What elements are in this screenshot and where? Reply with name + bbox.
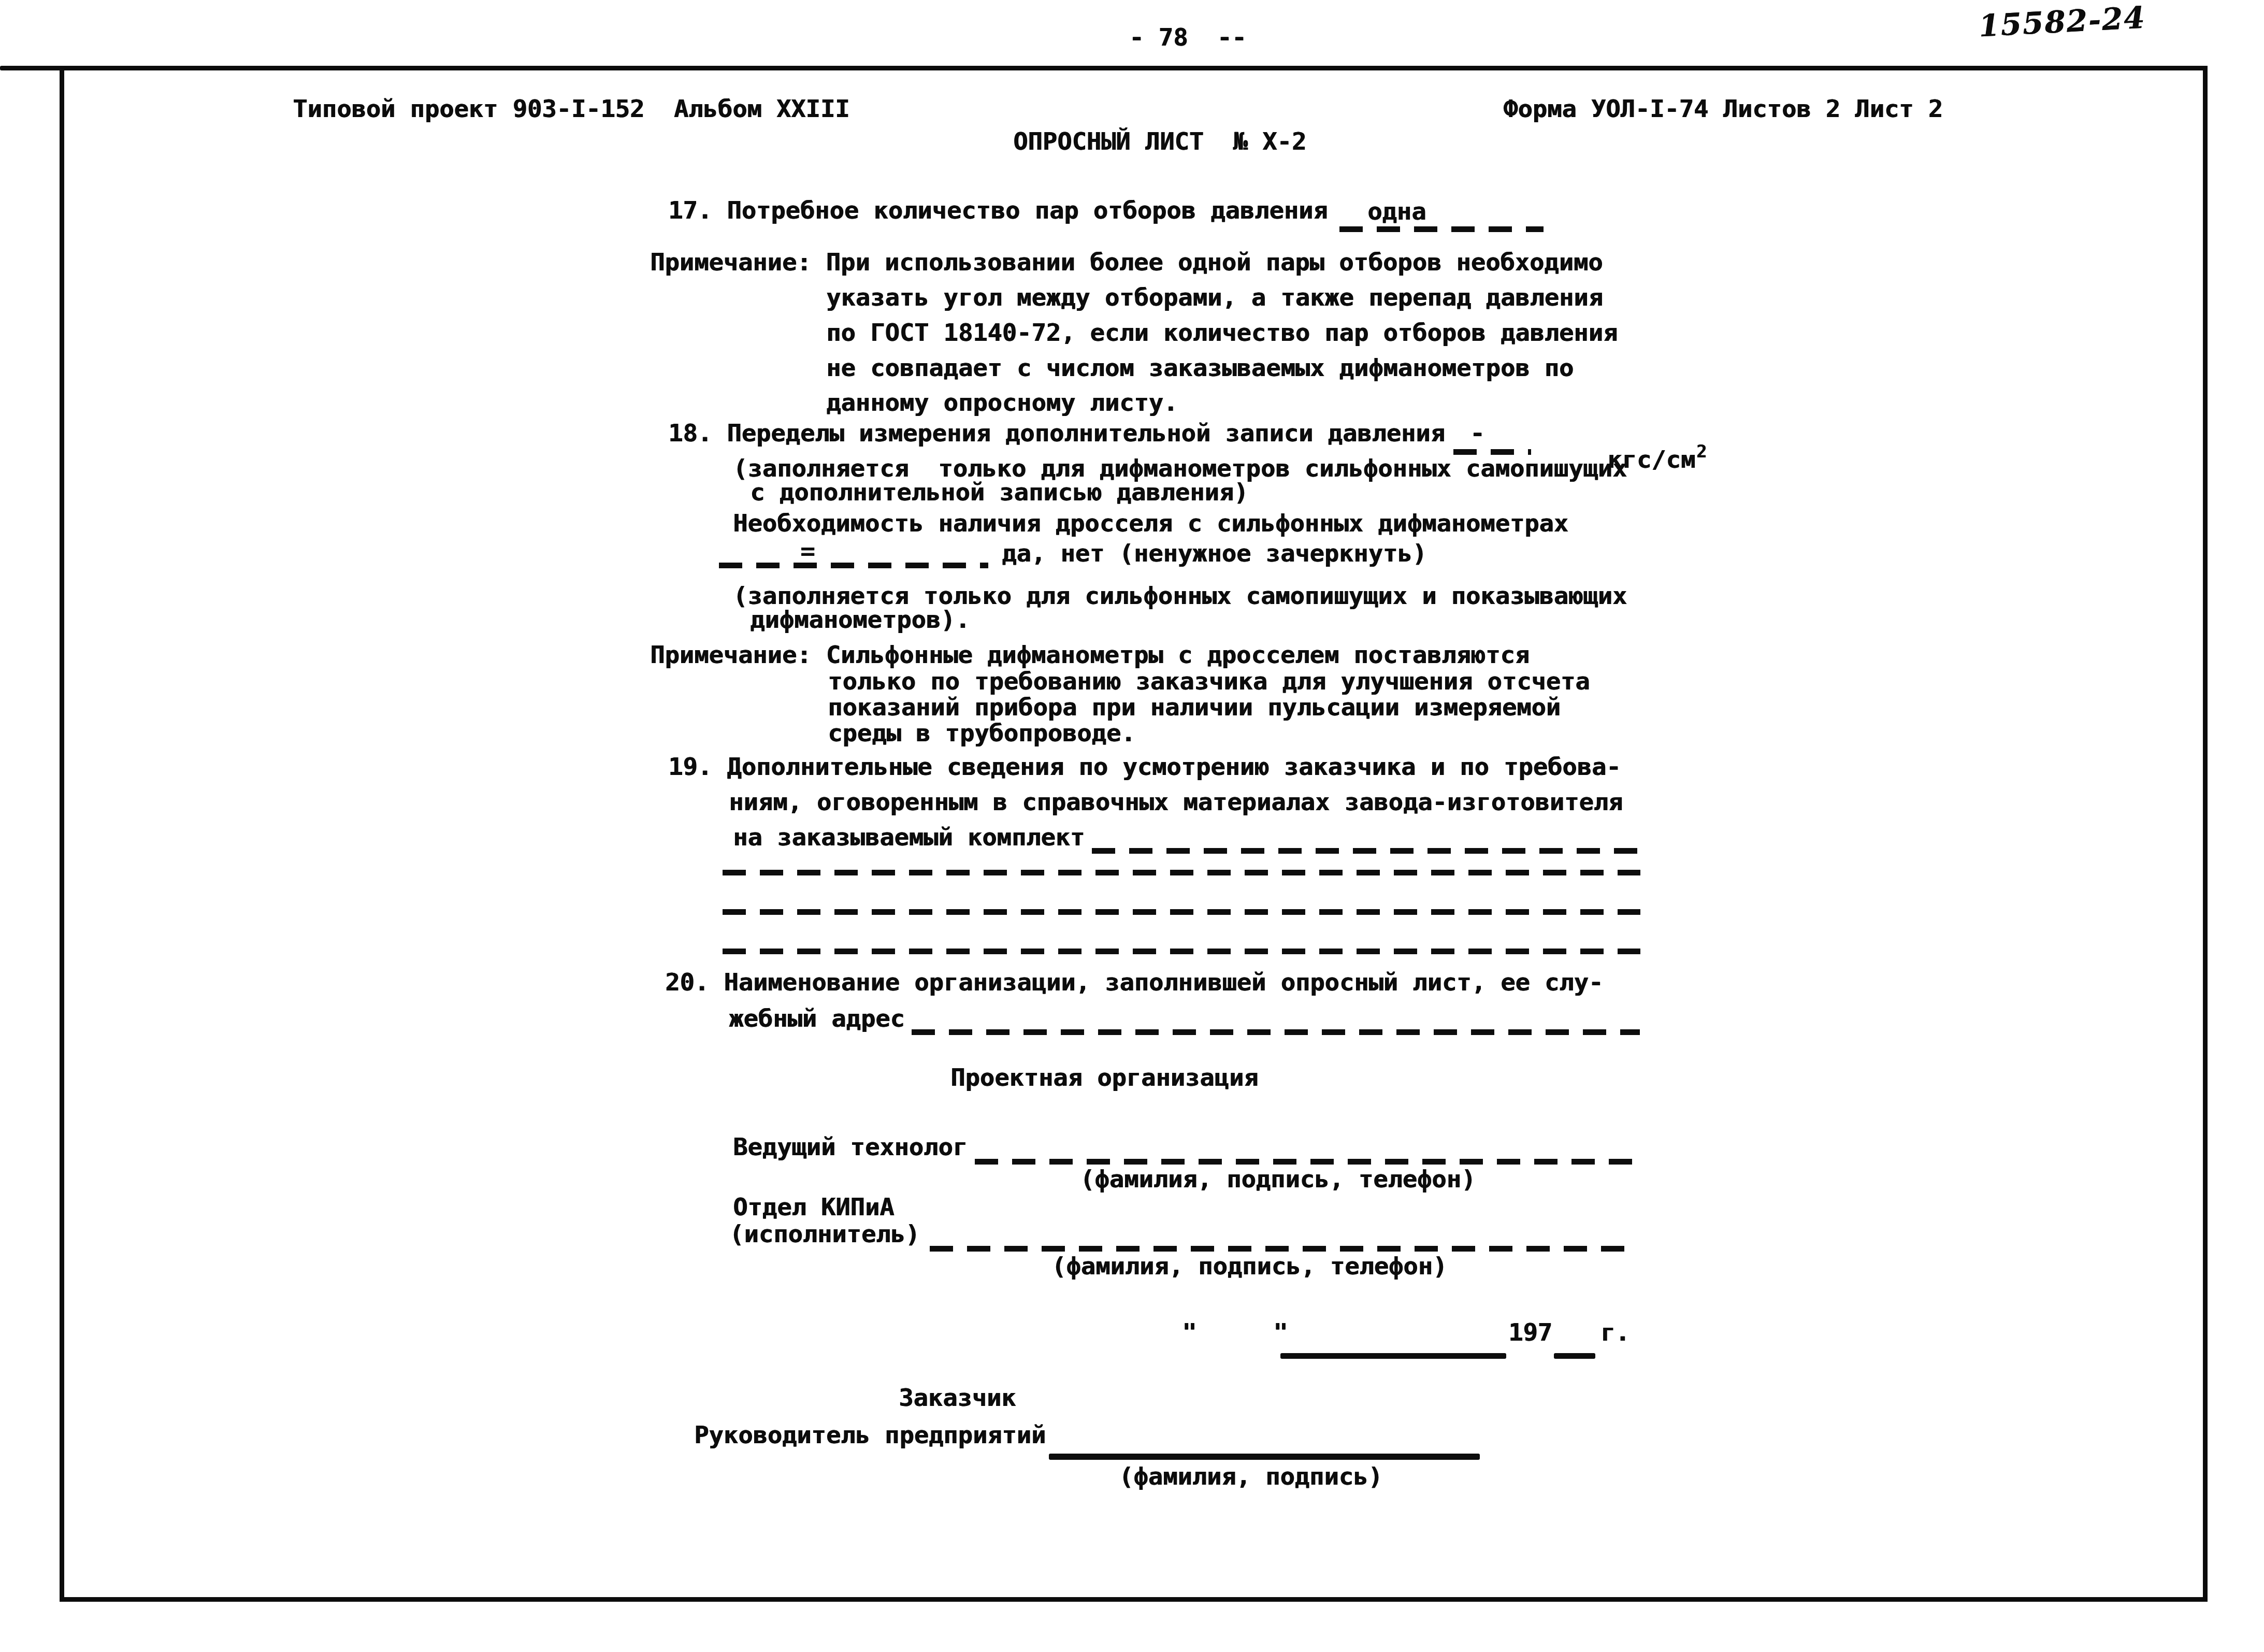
scanned-form-page: - 78 -- 15582-24 Типовой проект 903-I-15… bbox=[0, 0, 2264, 1652]
item17-fill-value: одна bbox=[1367, 199, 1426, 225]
item20-line-1: 20. Наименование организации, заполнивше… bbox=[665, 970, 1603, 996]
item17-question: 17. Потребное количество пар отборов дав… bbox=[668, 198, 1328, 224]
dept-kipia-label: Отдел КИПиА bbox=[733, 1195, 894, 1221]
item19-fill-line-4 bbox=[723, 947, 1640, 954]
note18-line-1: Примечание: Сильфонные дифманометры с др… bbox=[650, 642, 1530, 669]
item18-yesno-fill-line bbox=[719, 543, 988, 568]
date-year-suffix: г. bbox=[1600, 1320, 1630, 1346]
item18-paren1-line2: с дополнительной записью давления) bbox=[750, 480, 1248, 506]
date-quote-close: " bbox=[1273, 1320, 1288, 1346]
item19-line-2: ниям, оговоренным в справочных материала… bbox=[729, 789, 1623, 816]
customer-sign-line bbox=[1049, 1454, 1480, 1460]
item18-fill-line bbox=[1453, 430, 1531, 455]
note17-line-5: данному опросному листу. bbox=[826, 390, 1178, 416]
note17-line-2: указать угол между отборами, а также пер… bbox=[826, 285, 1603, 311]
item19-fill-line-1 bbox=[1092, 829, 1640, 854]
customer-title: Заказчик bbox=[899, 1385, 1016, 1412]
handwritten-doc-code: 15582-24 bbox=[1978, 0, 2146, 44]
item18-fill-value: - bbox=[1470, 421, 1484, 447]
note18-line-3: показаний прибора при наличии пульсации … bbox=[828, 695, 1561, 721]
item18-question: 18. Переделы измерения дополнительной за… bbox=[668, 421, 1445, 447]
lead-technologist-label: Ведущий технолог bbox=[733, 1134, 968, 1161]
dept-fill-line bbox=[930, 1227, 1637, 1252]
date-fill-line bbox=[1280, 1353, 1506, 1359]
item18-throttle-question: Необходимость наличия дросселя с сильфон… bbox=[733, 511, 1568, 537]
header-form-ref: Форма УОЛ-I-74 Листов 2 Лист 2 bbox=[1503, 96, 1943, 123]
dept-executor-label: (исполнитель) bbox=[729, 1222, 920, 1248]
header-project: Типовой проект 903-I-152 Альбом XXIII bbox=[293, 96, 849, 123]
item19-fill-line-2 bbox=[723, 868, 1640, 875]
note17-line-4: не совпадает с числом заказываемых дифма… bbox=[826, 355, 1574, 382]
note17-line-1: Примечание: При использовании более одно… bbox=[650, 250, 1603, 276]
note17-line-3: по ГОСТ 18140-72, если количество пар от… bbox=[826, 320, 1618, 347]
frame-top-extension bbox=[0, 66, 63, 70]
item20-line-2: жебный адрес bbox=[729, 1006, 905, 1032]
item18-yesno-text: да, нет (ненужное зачеркнуть) bbox=[1002, 541, 1427, 567]
page-number: - 78 -- bbox=[1129, 25, 1246, 51]
item18-unit-superscript: 2 bbox=[1696, 441, 1707, 462]
item19-fill-line-3 bbox=[723, 908, 1640, 915]
item18-paren2-line2: дифманометров). bbox=[750, 607, 970, 634]
lead-technologist-fill-line bbox=[975, 1140, 1639, 1165]
item20-fill-line bbox=[912, 1010, 1640, 1035]
item19-line-3: на заказываемый комплект bbox=[733, 825, 1085, 851]
item18-strike-mark: = bbox=[800, 539, 815, 565]
date-year-fill-line bbox=[1554, 1353, 1595, 1359]
dept-sign-hint: (фамилия, подпись, телефон) bbox=[1051, 1254, 1447, 1280]
customer-sign-hint: (фамилия, подпись) bbox=[1119, 1464, 1382, 1490]
document-title: ОПРОСНЫЙ ЛИСТ № Х-2 bbox=[1013, 129, 1306, 155]
customer-head-label: Руководитель предприятий bbox=[694, 1423, 1046, 1449]
note18-line-4: среды в трубопроводе. bbox=[828, 721, 1135, 747]
project-org-title: Проектная организация bbox=[950, 1065, 1258, 1091]
lead-technologist-sign-hint: (фамилия, подпись, телефон) bbox=[1080, 1167, 1476, 1193]
date-year-prefix: 197 bbox=[1508, 1320, 1552, 1346]
date-quote-open: " bbox=[1182, 1320, 1196, 1346]
note18-line-2: только по требованию заказчика для улучш… bbox=[828, 669, 1590, 695]
item19-line-1: 19. Дополнительные сведения по усмотрени… bbox=[668, 754, 1621, 781]
